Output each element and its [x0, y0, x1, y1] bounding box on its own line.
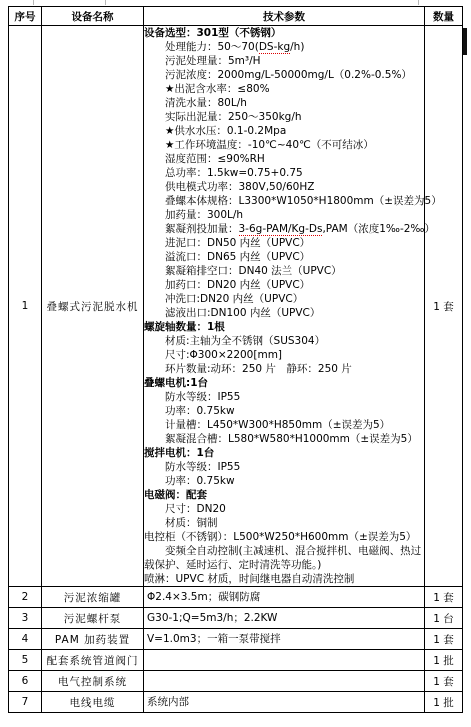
- parameter-line: 防水等级：IP55: [144, 390, 424, 404]
- page-boundary-mark: [33, 0, 34, 5]
- parameter-line: 叠螺本体规格：L3300*W1050*H1800mm（±误差为5）: [144, 194, 424, 208]
- cell-equipment-name: 叠螺式污泥脱水机: [42, 26, 144, 587]
- cell-technical-parameters: 设备选型：301型（不锈钢）处理能力：50～70(DS-kg/h)污泥处理量：5…: [144, 26, 425, 587]
- parameter-line: 实际出泥量：250～350kg/h: [144, 110, 424, 124]
- cell-technical-parameters: G30-1;Q=5m3/h；2.2KW: [144, 608, 425, 629]
- parameter-line: V=1.0m3；一箱一泵带搅拌: [147, 632, 421, 646]
- parameter-line: Φ2.4×3.5m；碳钢防腐: [147, 590, 421, 604]
- equipment-spec-table: 序号 设备名称 技术参数 数量 1叠螺式污泥脱水机设备选型：301型（不锈钢）处…: [8, 6, 463, 713]
- cell-equipment-name: 电气控制系统: [42, 671, 144, 692]
- header-serial-number: 序号: [9, 7, 42, 26]
- table-row: 6电气控制系统1 套: [9, 671, 463, 692]
- parameter-line: 清洗水量：80L/h: [144, 96, 424, 110]
- parameter-line: 环片数量:动环：250 片 静环：250 片: [144, 362, 424, 376]
- table-row: 5配套系统管道阀门1 批: [9, 650, 463, 671]
- cell-serial-number: 2: [9, 587, 42, 608]
- parameter-line: 总功率：1.5kw=0.75+0.75: [144, 166, 424, 180]
- parameter-line: 变频全自动控制(主减速机、混合搅拌机、电磁阀、热过载保护、延时运行、定时清洗等功…: [144, 544, 424, 572]
- parameter-line: ★出泥含水率：≤80%: [144, 82, 424, 96]
- parameter-line: 絮凝箱排空口：DN40 法兰（UPVC）: [144, 264, 424, 278]
- parameter-line: 污泥浓度：2000mg/L-50000mg/L（0.2%-0.5%）: [144, 68, 424, 82]
- cell-technical-parameters: 系统内部: [144, 692, 425, 713]
- cell-technical-parameters: [144, 671, 425, 692]
- parameter-line: 湿度范围：≤90%RH: [144, 152, 424, 166]
- cell-equipment-name: 污泥浓缩罐: [42, 587, 144, 608]
- parameter-line: 材质：铜制: [144, 516, 424, 530]
- cell-equipment-name: 电线电缆: [42, 692, 144, 713]
- parameter-line: ★供水水压：0.1-0.2Mpa: [144, 124, 424, 138]
- parameter-line: 电磁阀：配套: [144, 488, 424, 502]
- cell-equipment-name: 污泥螺杆泵: [42, 608, 144, 629]
- parameter-line: 进泥口：DN50 内丝（UPVC）: [144, 236, 424, 250]
- table-row: 3污泥螺杆泵G30-1;Q=5m3/h；2.2KW1 台: [9, 608, 463, 629]
- parameter-line: 电控柜（不锈钢）：L500*W250*H600mm（±误差为5）: [144, 530, 424, 544]
- parameter-line: 污泥处理量：5m³/H: [144, 54, 424, 68]
- parameter-line: 滤液出口:DN100 内丝（UPVC）: [144, 306, 424, 320]
- cell-equipment-name: 配套系统管道阀门: [42, 650, 144, 671]
- parameter-line: 搅拌电机：1台: [144, 446, 424, 460]
- cell-quantity: 1 套: [425, 629, 463, 650]
- cell-equipment-name: PAM 加药装置: [42, 629, 144, 650]
- cell-serial-number: 4: [9, 629, 42, 650]
- parameter-line: 功率：0.75kw: [144, 404, 424, 418]
- cell-technical-parameters: V=1.0m3；一箱一泵带搅拌: [144, 629, 425, 650]
- parameter-line: 喷淋：UPVC 材质，时间继电器自动清洗控制: [144, 572, 424, 586]
- table-row: 2污泥浓缩罐Φ2.4×3.5m；碳钢防腐1 套: [9, 587, 463, 608]
- parameter-line: 加药量：300L/h: [144, 208, 424, 222]
- table-row: 1叠螺式污泥脱水机设备选型：301型（不锈钢）处理能力：50～70(DS-kg/…: [9, 26, 463, 587]
- cell-quantity: 1 套: [425, 587, 463, 608]
- parameter-line: 尺寸：DN20: [144, 502, 424, 516]
- parameter-line: G30-1;Q=5m3/h；2.2KW: [147, 611, 421, 625]
- cell-serial-number: 6: [9, 671, 42, 692]
- parameter-line: 絮凝混合槽：L580*W580*H1000mm（±误差为5）: [144, 432, 424, 446]
- parameter-line: 冲洗口:DN20 内丝（UPVC）: [144, 292, 424, 306]
- parameter-line: 功率：0.75kw: [144, 474, 424, 488]
- cell-technical-parameters: Φ2.4×3.5m；碳钢防腐: [144, 587, 425, 608]
- header-equipment-name: 设备名称: [42, 7, 144, 26]
- parameter-line: 加药口：DN20 内丝（UPVC）: [144, 278, 424, 292]
- cell-serial-number: 7: [9, 692, 42, 713]
- cell-quantity: 1 套: [425, 671, 463, 692]
- cell-quantity: 1 套: [425, 26, 463, 587]
- parameter-line: 螺旋轴数量：1根: [144, 320, 424, 334]
- parameter-line: 絮凝剂投加量：3-6g-PAM/Kg-Ds,PAM（浓度1‰-2‰）: [144, 222, 424, 236]
- spellcheck-underline: 3-6g-PAM/Kg-Ds: [239, 223, 323, 236]
- table-header-row: 序号 设备名称 技术参数 数量: [9, 7, 463, 26]
- cell-technical-parameters: [144, 650, 425, 671]
- cell-quantity: 1 台: [425, 608, 463, 629]
- parameter-line: 处理能力：50～70(DS-kg/h): [144, 40, 424, 54]
- spellcheck-underline: DS-kg: [259, 41, 290, 54]
- cell-serial-number: 1: [9, 26, 42, 587]
- parameter-line: 计量槽：L450*W300*H850mm（±误差为5）: [144, 418, 424, 432]
- header-technical-parameters: 技术参数: [144, 7, 425, 26]
- parameter-line: 供电模式功率：380V,50/60HZ: [144, 180, 424, 194]
- parameter-line: 尺寸:Φ300×2200[mm]: [144, 348, 424, 362]
- cell-serial-number: 3: [9, 608, 42, 629]
- page-boundary-mark: [105, 0, 106, 5]
- parameter-line: 溢流口：DN65 内丝（UPVC）: [144, 250, 424, 264]
- parameter-line: ★工作环境温度：-10℃~40℃（不可结冰）: [144, 138, 424, 152]
- page-boundary-mark: [418, 0, 419, 5]
- parameter-line: 材质:主轴为全不锈钢（SUS304）: [144, 334, 424, 348]
- header-quantity: 数量: [425, 7, 463, 26]
- cell-quantity: 1 批: [425, 692, 463, 713]
- parameter-line: 叠螺电机:1台: [144, 376, 424, 390]
- parameter-line: 设备选型：301型（不锈钢）: [144, 26, 424, 40]
- table-row: 7电线电缆系统内部1 批: [9, 692, 463, 713]
- cell-serial-number: 5: [9, 650, 42, 671]
- parameter-line: 系统内部: [147, 695, 421, 709]
- table-row: 4PAM 加药装置V=1.0m3；一箱一泵带搅拌1 套: [9, 629, 463, 650]
- parameter-line: 防水等级：IP55: [144, 460, 424, 474]
- cell-quantity: 1 批: [425, 650, 463, 671]
